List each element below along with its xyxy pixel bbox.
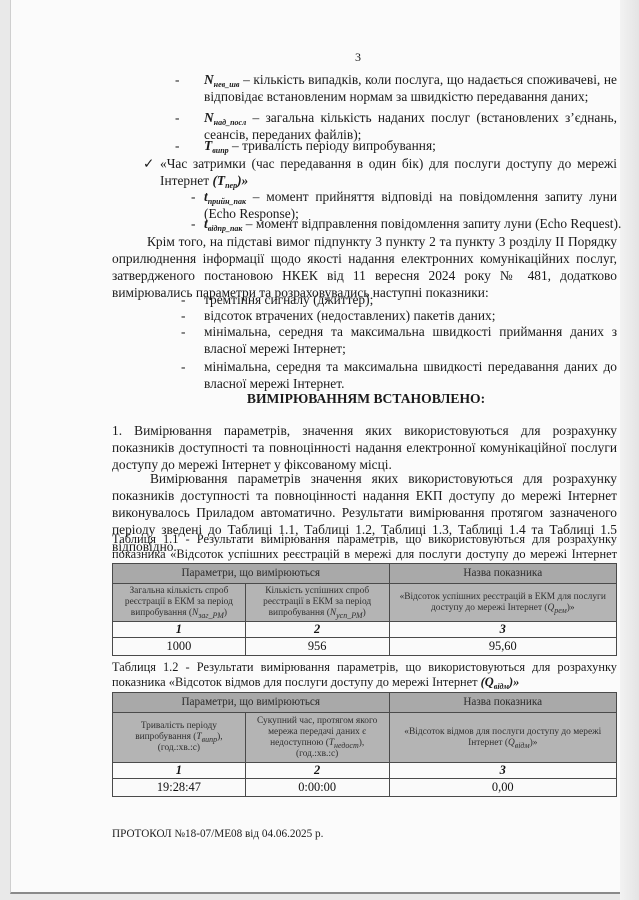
table-1-2: Параметри, що вимірюються Назва показник… xyxy=(112,692,617,797)
column-number: 3 xyxy=(389,622,616,638)
indicator-header: Назва показника xyxy=(389,564,616,584)
column-header: «Відсоток успішних реєстрацій в ЕКМ для … xyxy=(389,584,616,622)
bullet-dash: - xyxy=(175,137,179,154)
bullet-dash: - xyxy=(175,109,179,126)
page-number: 3 xyxy=(355,50,361,65)
section-heading: ВИМІРЮВАННЯМ ВСТАНОВЛЕНО: xyxy=(112,391,620,407)
symbol: N xyxy=(204,72,214,87)
column-number: 1 xyxy=(113,622,246,638)
column-number: 3 xyxy=(389,763,616,779)
list-item: відсоток втрачених (недоставлених) пакет… xyxy=(204,307,617,324)
page-footer: ПРОТОКОЛ №18-07/МЕ08 від 04.06.2025 р. xyxy=(112,828,323,840)
list-item: мінімальна, середня та максимальна швидк… xyxy=(204,358,617,392)
column-number: 1 xyxy=(113,763,246,779)
scan-edge xyxy=(620,0,639,900)
list-item: мінімальна, середня та максимальна швидк… xyxy=(204,323,617,357)
indicator-header: Назва показника xyxy=(389,693,616,713)
bullet-dash: - xyxy=(191,215,195,232)
bullet-dash: - xyxy=(181,307,185,324)
bullet-dash: - xyxy=(191,188,195,205)
check-item: «Час затримки (час передавання в один бі… xyxy=(160,155,617,189)
table-cell: 1000 xyxy=(113,638,246,656)
checkmark-icon: ✓ xyxy=(143,155,154,172)
definition-item: tвідпр_пак – момент відправлення повідом… xyxy=(204,215,624,232)
table-cell: 956 xyxy=(245,638,389,656)
column-header: Сукупний час, протягом якого мережа пере… xyxy=(245,713,389,763)
column-header: «Відсоток відмов для послуги доступу до … xyxy=(389,713,616,763)
table-cell: 0,00 xyxy=(389,779,616,797)
table-1-1: Параметри, що вимірюються Назва показник… xyxy=(112,563,617,656)
definition-item: Nнев_шв – кількість випадків, коли послу… xyxy=(204,71,617,105)
bullet-dash: - xyxy=(181,323,185,340)
bullet-dash: - xyxy=(181,358,185,375)
group-header: Параметри, що вимірюються xyxy=(113,564,390,584)
bullet-dash: - xyxy=(175,71,179,88)
list-item: тремтіння сигналу (джиттер); xyxy=(204,291,617,308)
table-cell: 95,60 xyxy=(389,638,616,656)
table-1-2-caption: Таблиця 1.2 - Результати вимірювання пар… xyxy=(112,660,617,690)
column-header: Тривалість періоду випробування (Tвипр),… xyxy=(113,713,246,763)
column-header: Кількість успішних спроб реєстрації в ЕК… xyxy=(245,584,389,622)
table-cell: 19:28:47 xyxy=(113,779,246,797)
section-1-text: 1. Вимірювання параметрів, значення яких… xyxy=(112,422,617,473)
column-header: Загальна кількість спроб реєстрації в ЕК… xyxy=(113,584,246,622)
group-header: Параметри, що вимірюються xyxy=(113,693,390,713)
definition-item: Tвипр – тривалість періоду випробування; xyxy=(204,137,617,154)
column-number: 2 xyxy=(245,622,389,638)
bullet-dash: - xyxy=(181,291,185,308)
symbol: T xyxy=(204,138,212,153)
column-number: 2 xyxy=(245,763,389,779)
symbol: N xyxy=(204,110,214,125)
table-cell: 0:00:00 xyxy=(245,779,389,797)
